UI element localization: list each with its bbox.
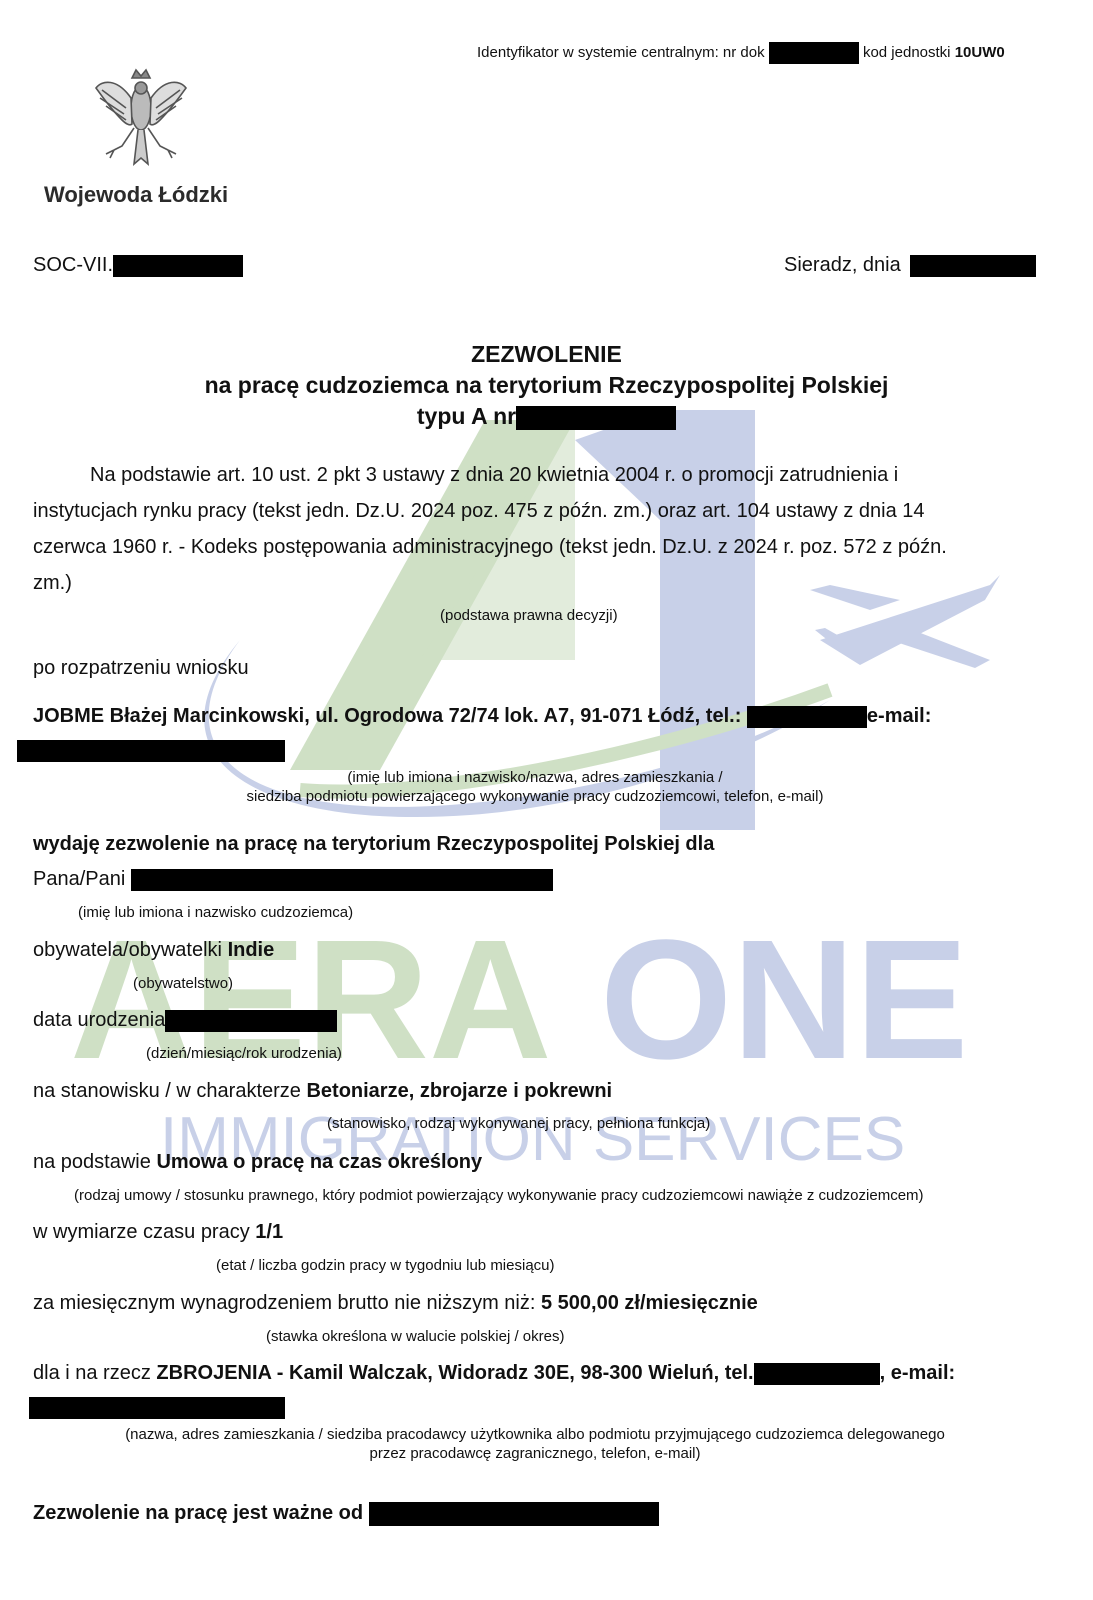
contract-basis-row: na podstawie Umowa o pracę na czas okreś… [33,1150,482,1174]
working-time-value: 1/1 [255,1221,283,1243]
applicant-email-label: e-mail: [867,705,931,727]
redacted-applicant-email [17,740,285,762]
redacted-birth-date [165,1010,337,1032]
employer-note-line-2: przez pracodawcę zagranicznego, telefon,… [0,1444,1070,1463]
foreigner-name-note: (imię lub imiona i nazwisko cudzoziemca) [78,903,353,922]
polish-eagle-emblem-icon [92,68,190,172]
citizenship-row: obywatela/obywatelki Indie [33,938,274,962]
employer-note-line-1: (nazwa, adres zamieszkania / siedziba pr… [0,1425,1070,1444]
redacted-foreigner-name [131,869,553,891]
salary-note: (stawka określona w walucie polskiej / o… [266,1327,564,1346]
applicant-note-line-2: siedziba podmiotu powierzającego wykonyw… [0,787,1070,806]
permit-document: Identyfikator w systemie centralnym: nr … [0,0,1093,1600]
foreigner-name-row: Pana/Pani [33,867,553,891]
employer-details: ZBROJENIA - Kamil Walczak, Widoradz 30E,… [156,1362,753,1384]
legal-basis-line-1: Na podstawie art. 10 ust. 2 pkt 3 ustawy… [90,463,898,487]
citizenship-label: obywatela/obywatelki [33,939,222,961]
unit-code: 10UW0 [955,44,1005,61]
grant-statement: wydaję zezwolenie na pracę na terytorium… [33,832,714,856]
place-date-label: Sieradz, dnia [784,254,901,276]
validity-label: Zezwolenie na pracę jest ważne od [33,1502,363,1524]
redacted-permit-number [516,406,676,430]
contract-basis-value: Umowa o pracę na czas określony [156,1151,482,1173]
salary-row: za miesięcznym wynagrodzeniem brutto nie… [33,1291,758,1315]
position-note: (stanowisko, rodzaj wykonywanej pracy, p… [327,1114,710,1133]
birth-date-label: data urodzenia [33,1009,165,1031]
salary-value: 5 500,00 zł/miesięcznie [541,1292,758,1314]
unit-code-label: kod jednostki [863,44,951,61]
place-and-date: Sieradz, dnia [784,253,1036,277]
redacted-validity-dates [369,1502,659,1526]
working-time-label: w wymiarze czasu pracy [33,1221,250,1243]
applicant-intro: po rozpatrzeniu wniosku [33,656,249,680]
legal-basis-note: (podstawa prawna decyzji) [440,606,618,625]
redacted-date [910,255,1036,277]
case-number: SOC-VII. [33,253,243,277]
case-number-prefix: SOC-VII. [33,254,113,276]
working-time-row: w wymiarze czasu pracy 1/1 [33,1220,283,1244]
document-title: ZEZWOLENIE na pracę cudzoziemca na teryt… [0,339,1093,432]
legal-basis-line-3: czerwca 1960 r. - Kodeks postępowania ad… [33,535,947,559]
position-label: na stanowisku / w charakterze [33,1080,301,1102]
redacted-employer-phone [754,1363,880,1385]
contract-basis-note: (rodzaj umowy / stosunku prawnego, który… [74,1186,924,1205]
redacted-employer-email [29,1397,285,1419]
title-line-2: na pracę cudzoziemca na terytorium Rzecz… [0,370,1093,401]
issuing-authority: Wojewoda Łódzki [44,182,228,208]
title-line-1: ZEZWOLENIE [0,339,1093,370]
birth-date-row: data urodzenia [33,1008,337,1032]
salary-label: za miesięcznym wynagrodzeniem brutto nie… [33,1292,535,1314]
working-time-note: (etat / liczba godzin pracy w tygodniu l… [216,1256,555,1275]
central-system-identifier: Identyfikator w systemie centralnym: nr … [477,42,1005,64]
validity-row: Zezwolenie na pracę jest ważne od [33,1501,659,1526]
redacted-case-number [113,255,243,277]
citizenship-note: (obywatelstwo) [133,974,233,993]
redacted-applicant-phone [747,706,867,728]
redacted-document-number [769,42,859,64]
employer-label: dla i na rzecz [33,1362,151,1384]
employer-row: dla i na rzecz ZBROJENIA - Kamil Walczak… [33,1361,955,1385]
identifier-label: Identyfikator w systemie centralnym: nr … [477,44,765,61]
legal-basis-line-2: instytucjach rynku pracy (tekst jedn. Dz… [33,499,925,523]
foreigner-name-label: Pana/Pani [33,868,125,890]
permit-type-label: typu A nr [417,403,516,429]
applicant-note-line-1: (imię lub imiona i nazwisko/nazwa, adres… [0,768,1070,787]
employer-email-label: , e-mail: [880,1362,956,1384]
position-value: Betoniarze, zbrojarze i pokrewni [306,1080,612,1102]
birth-date-note: (dzień/miesiąc/rok urodzenia) [146,1044,342,1063]
contract-basis-label: na podstawie [33,1151,151,1173]
legal-basis-line-4: zm.) [33,571,72,595]
position-row: na stanowisku / w charakterze Betoniarze… [33,1079,612,1103]
citizenship-value: Indie [228,939,275,961]
title-line-3: typu A nr [0,401,1093,432]
applicant-name-address: JOBME Błażej Marcinkowski, ul. Ogrodowa … [33,705,741,727]
applicant-details: JOBME Błażej Marcinkowski, ul. Ogrodowa … [33,704,931,728]
